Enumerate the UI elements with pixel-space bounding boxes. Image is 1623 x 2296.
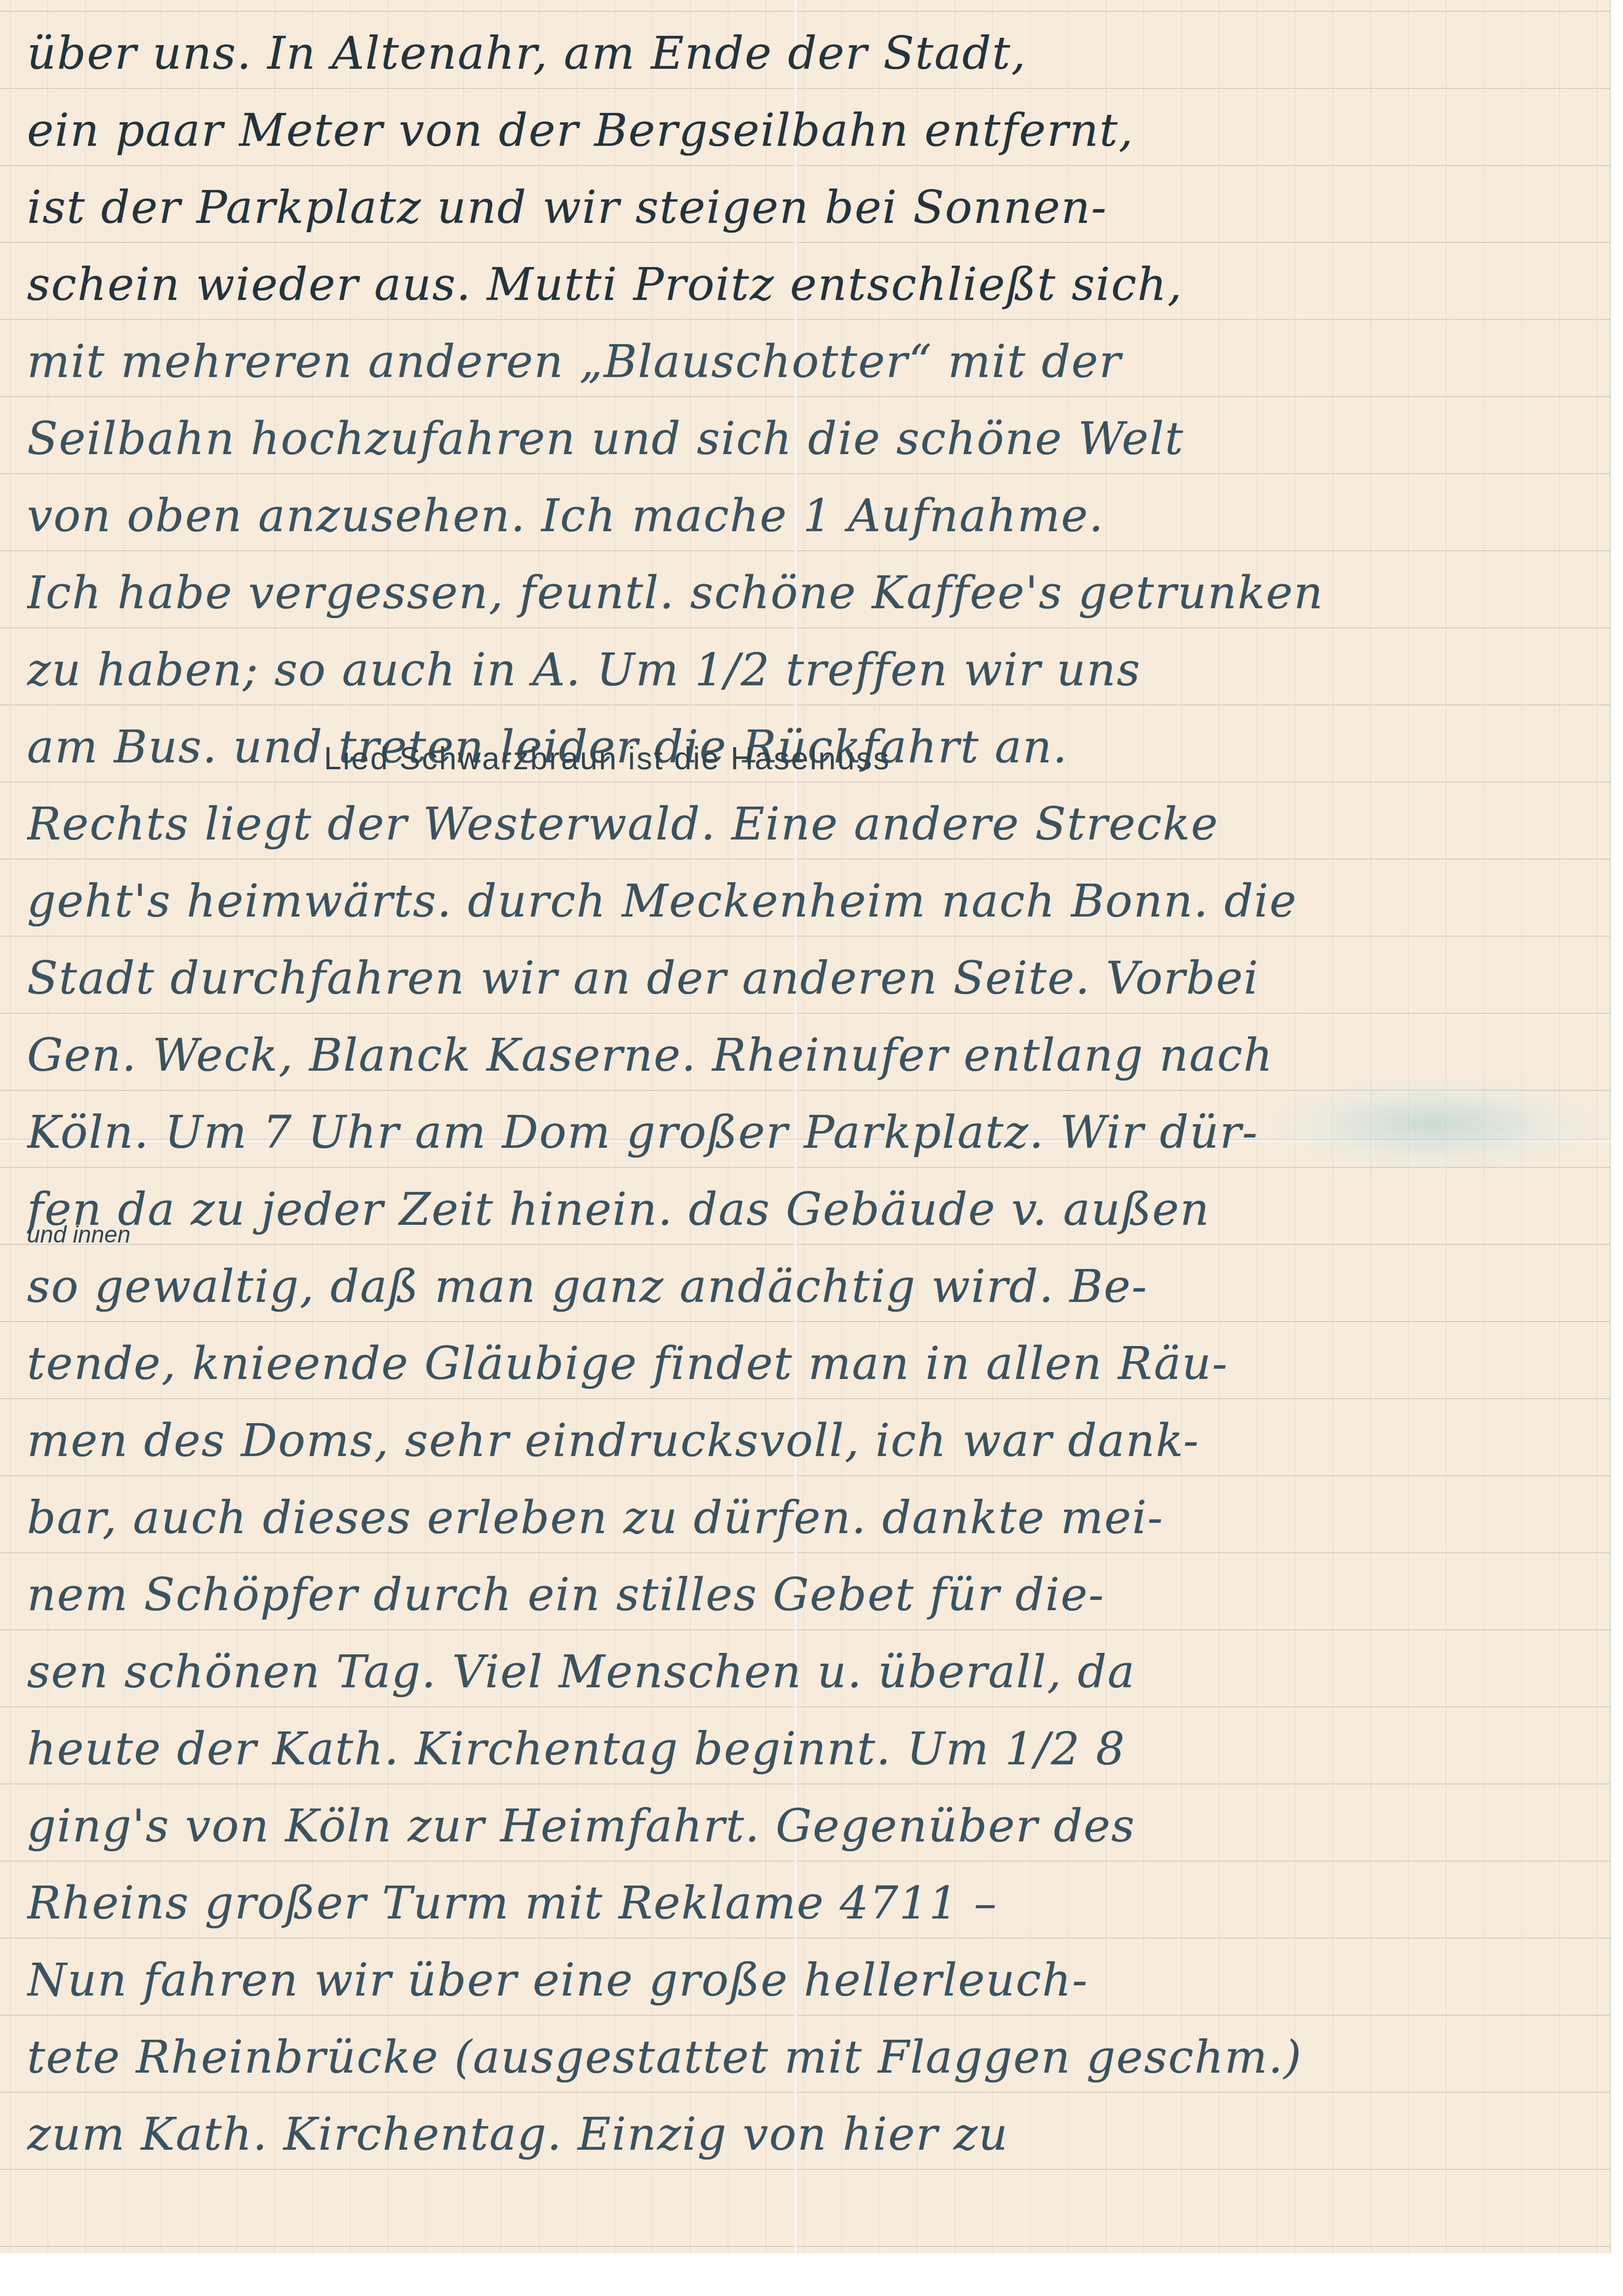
text-line-14: Gen. Weck, Blanck Kaserne. Rheinufer ent… [27, 1017, 1597, 1094]
text-line-18: tende, knieende Gläubige findet man in a… [27, 1325, 1597, 1402]
letter-page: über uns. In Altenahr, am Ende der Stadt… [0, 0, 1611, 2253]
text-line-25: Rheins großer Turm mit Reklame 4711 – [27, 1864, 1597, 1942]
text-line-5: mit mehreren anderen „Blauschotter“ mit … [27, 323, 1597, 400]
text-line-19: men des Doms, sehr eindrucksvoll, ich wa… [27, 1402, 1597, 1479]
text-line-2: ein paar Meter von der Bergseilbahn entf… [27, 92, 1597, 169]
text-line-9: zu haben; so auch in A. Um 1/2 treffen w… [27, 631, 1597, 708]
text-line-24: ging's von Köln zur Heimfahrt. Gegenüber… [27, 1787, 1597, 1864]
text-line-20: bar, auch dieses erleben zu dürfen. dank… [27, 1479, 1597, 1556]
text-line-1: über uns. In Altenahr, am Ende der Stadt… [27, 15, 1597, 92]
inserted-annotation-und-innen: und innen [27, 1221, 131, 1248]
text-line-23: heute der Kath. Kirchentag beginnt. Um 1… [27, 1710, 1597, 1787]
text-line-21: nem Schöpfer durch ein stilles Gebet für… [27, 1556, 1597, 1633]
text-line-22: sen schönen Tag. Viel Menschen u. überal… [27, 1633, 1597, 1710]
text-line-6: Seilbahn hochzufahren und sich die schön… [27, 400, 1597, 477]
text-line-28: zum Kath. Kirchentag. Einzig von hier zu [27, 2096, 1597, 2173]
text-line-12: geht's heimwärts. durch Meckenheim nach … [27, 863, 1597, 940]
handwritten-text-block: über uns. In Altenahr, am Ende der Stadt… [27, 15, 1597, 2173]
text-line-27: tete Rheinbrücke (ausgestattet mit Flagg… [27, 2019, 1597, 2096]
text-line-26: Nun fahren wir über eine große hellerleu… [27, 1942, 1597, 2019]
text-line-13: Stadt durchfahren wir an der anderen Sei… [27, 940, 1597, 1017]
text-line-7: von oben anzusehen. Ich mache 1 Aufnahme… [27, 477, 1597, 554]
text-line-4: schein wieder aus. Mutti Proitz entschli… [27, 246, 1597, 323]
text-line-11: Rechts liegt der Westerwald. Eine andere… [27, 785, 1597, 863]
inserted-annotation-song: Lied Schwarzbraun ist die Haselnuss [324, 740, 890, 777]
text-line-17: so gewaltig, daß man ganz andächtig wird… [27, 1248, 1597, 1325]
text-line-15: Köln. Um 7 Uhr am Dom großer Parkplatz. … [27, 1094, 1597, 1171]
text-line-3: ist der Parkplatz und wir steigen bei So… [27, 169, 1597, 246]
text-line-8: Ich habe vergessen, feuntl. schöne Kaffe… [27, 554, 1597, 631]
text-line-16: fen da zu jeder Zeit hinein. das Gebäude… [27, 1171, 1597, 1248]
